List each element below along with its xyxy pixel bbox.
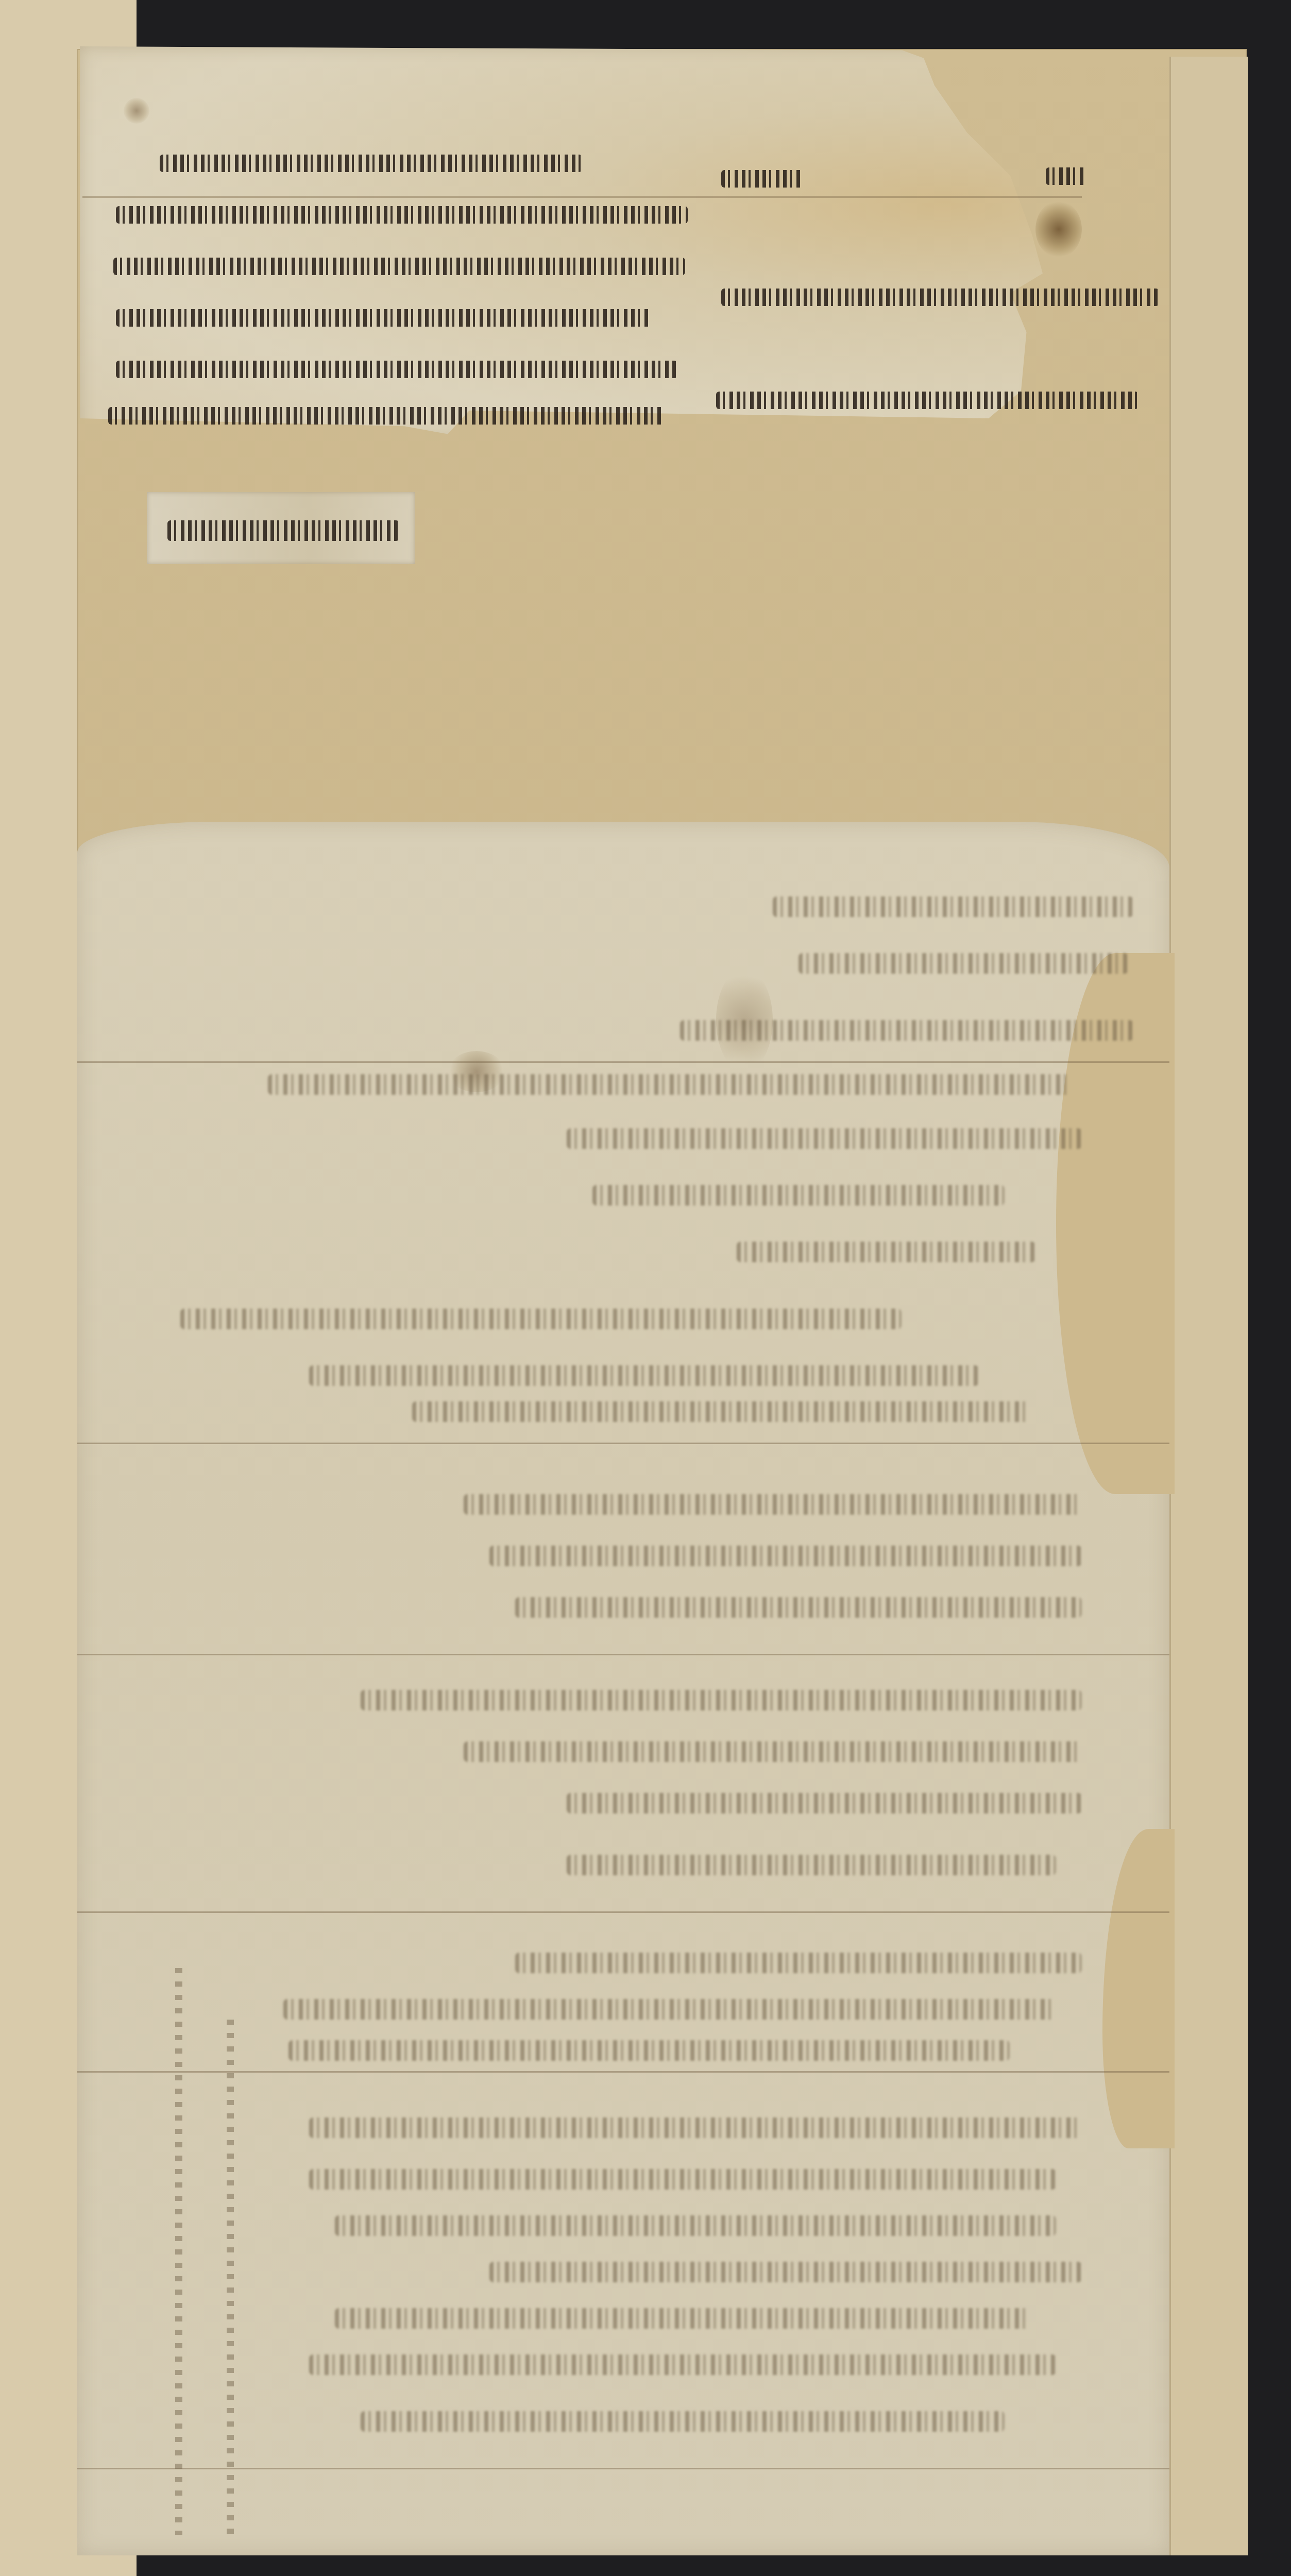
faded-line [268,1074,1072,1095]
ink-stain [1035,201,1082,258]
faded-line [515,1597,1082,1618]
faded-line [489,1546,1082,1566]
faded-line [567,1855,1056,1875]
fold-line [77,1911,1169,1913]
margin-marks [227,2020,234,2535]
fold-line [77,1654,1169,1655]
text-line [116,361,677,378]
text-line [160,155,582,172]
faded-line [464,1741,1082,1762]
faded-line [309,2169,1056,2190]
faded-line [335,2308,1030,2329]
fold-line [77,2071,1169,2073]
text-line [108,407,665,425]
text-heading [1046,167,1087,185]
faded-line [335,2215,1056,2236]
foxing-spot [124,98,149,124]
faded-line [309,2354,1056,2375]
faded-line [309,2117,1082,2138]
faded-line [288,2040,1010,2061]
faded-line [737,1242,1035,1262]
faded-line [773,896,1133,917]
faded-line [180,1309,902,1329]
fold-line [77,2468,1169,2469]
faded-line [309,1365,979,1386]
text-line [116,309,652,327]
text-line [721,289,1159,306]
faded-line [799,953,1128,974]
label-text-line [167,520,399,541]
faded-line [567,1128,1082,1149]
text-heading [721,170,804,188]
faded-line [412,1401,1030,1422]
faded-line [567,1793,1082,1814]
faded-line [283,1999,1056,2020]
fold-line [77,1443,1169,1444]
faded-line [361,1690,1082,1710]
text-line [116,206,688,224]
margin-marks [175,1968,182,2535]
right-mount-strip [1169,57,1248,2555]
faded-line [592,1185,1005,1206]
text-line [716,392,1139,409]
faded-line [515,1953,1082,1973]
faded-line [489,2262,1082,2282]
fold-line [82,196,1082,198]
text-line [113,258,685,275]
faded-line [361,2411,1005,2432]
faded-line [464,1494,1082,1515]
faded-line [680,1020,1133,1041]
fold-line [77,1061,1169,1063]
